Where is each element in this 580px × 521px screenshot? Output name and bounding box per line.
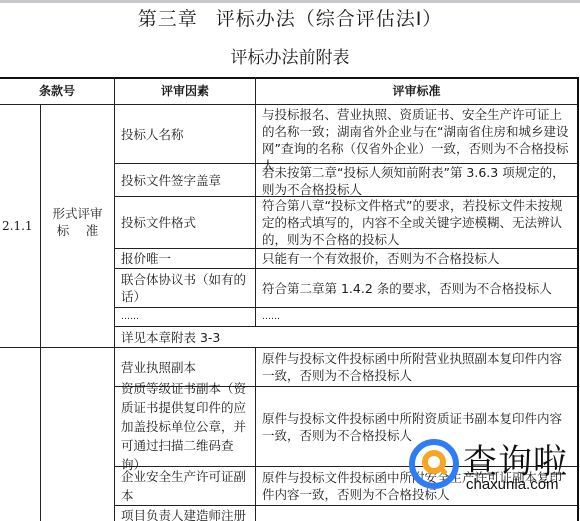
factor-cell: 投标文件签字盖章 <box>115 164 255 196</box>
factor-cell: 投标人名称 <box>115 105 255 163</box>
standard-cell: 与投标报名、营业执照、资质证书、安全生产许可证上的名称一致；湖南省外企业与在“湖… <box>256 106 577 163</box>
header-clause: 条款号 <box>0 79 114 104</box>
standard-cell: 若未按第二章“投标人须知前附表”第 3.6.3 项规定的，则为不合格投标人 <box>256 164 577 196</box>
category-label-line1: 形式评审 <box>41 205 114 222</box>
factor-cell: 报价唯一 <box>115 249 255 268</box>
standard-cell: 符合第二章第 1.4.2 条的要求，否则为不合格投标人 <box>256 269 577 307</box>
search-logo-icon <box>408 438 460 490</box>
header-standard: 评审标准 <box>256 79 577 104</box>
factor-cell: 联合体协议书（如有的话） <box>115 269 255 307</box>
factor-cell: 项目负责人建造师注册 <box>115 507 255 521</box>
header-bottom-border <box>0 104 578 105</box>
factor-cell: 企业安全生产许可证副本 <box>115 467 255 505</box>
standard-cell: 符合第八章“投标文件格式”的要求，若投标文件未按规定的格式填写的，内容不全或关键… <box>256 197 577 248</box>
clause-number: 2.1.1 <box>0 105 40 347</box>
standard-cell: 原件与投标文件投标函中所附营业执照副本复印件内容一致，否则为不合格投标人 <box>256 348 577 386</box>
watermark: 查询啦 chaxunla.com <box>408 438 580 508</box>
column-divider <box>40 104 41 521</box>
category-label-line2: 标 准 <box>41 222 114 239</box>
standard-cell: …… <box>256 308 577 326</box>
factor-cell: 资质等级证书副本（资质证书提供复印件的应加盖投标单位公章，并可通过扫描二维码查询… <box>115 387 255 466</box>
header-factor: 评审因素 <box>115 79 255 104</box>
appendix-note: 详见本章附表 3-3 <box>115 327 577 347</box>
standard-cell: 只能有一个有效报价，否则为不合格投标人 <box>256 249 577 268</box>
category-label: 形式评审 标 准 <box>41 205 114 239</box>
factor-cell: 投标文件格式 <box>115 197 255 248</box>
factor-cell: …… <box>115 308 255 326</box>
watermark-url: chaxunla.com <box>466 476 559 493</box>
